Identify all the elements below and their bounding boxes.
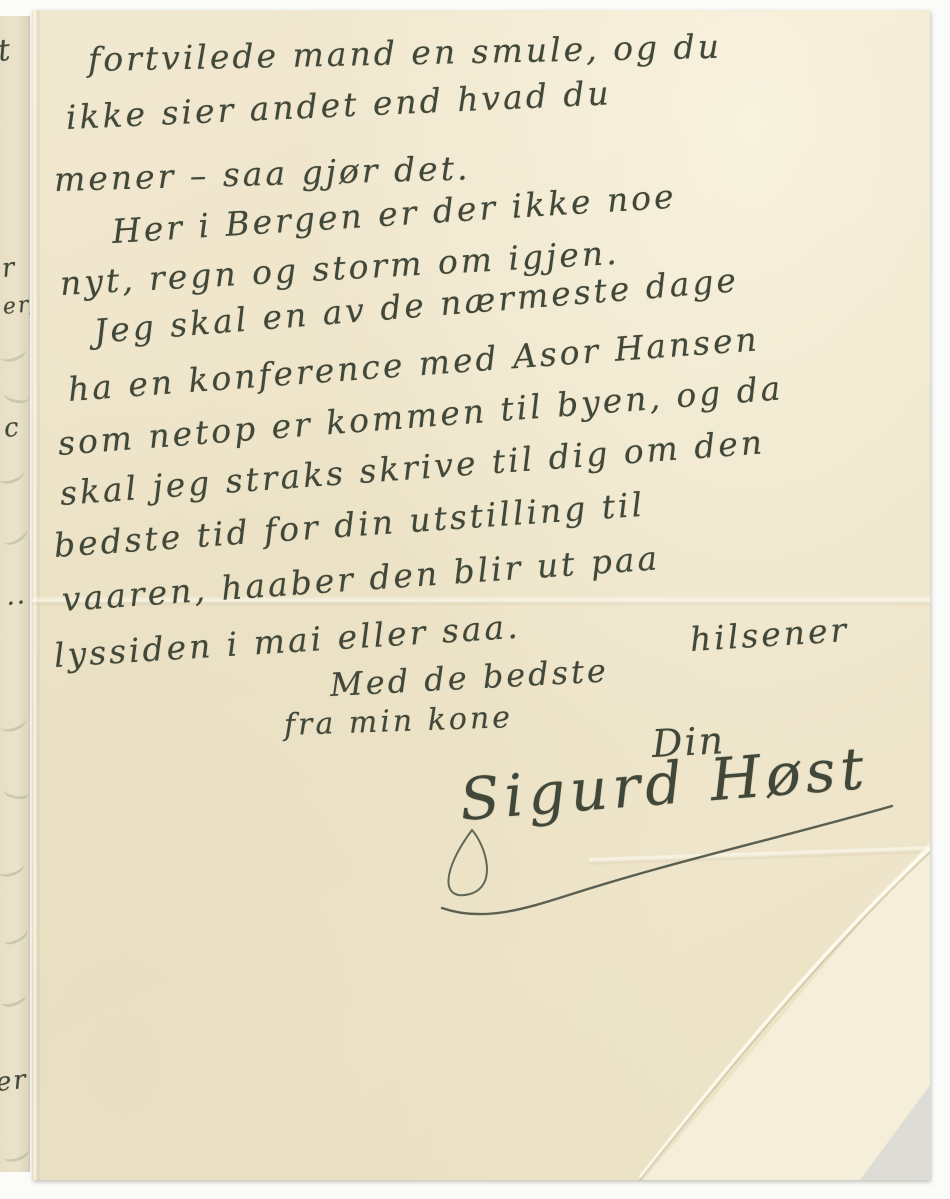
closing-wrap-word: hilsener (689, 610, 851, 659)
margin-fragment: t (0, 33, 14, 69)
margin-fragment: r (0, 253, 17, 284)
scanned-letter-page: t r ier, c .. er fortvilede mand en smul… (0, 0, 950, 1199)
closing-line: Med de bedste (329, 651, 610, 704)
margin-fragment: er (0, 1065, 29, 1098)
margin-fragment: ier, (0, 292, 30, 321)
margin-fragment: .. (4, 580, 28, 612)
handwriting-line: ikke sier andet end hvad du (65, 73, 612, 137)
ghost-ink-mark (0, 712, 28, 734)
adjacent-page-edge: t r ier, c .. er (0, 16, 30, 1172)
ghost-ink-mark (1, 1142, 30, 1164)
letter-paper: fortvilede mand en smule, og du ikke sie… (32, 10, 930, 1180)
closing-line: fra min kone (283, 700, 513, 743)
handwriting-line: fortvilede mand en smule, og du (88, 27, 723, 79)
fold-crease-vertical (34, 10, 41, 1180)
ghost-ink-mark (0, 464, 26, 486)
ghost-ink-mark (0, 857, 26, 879)
ghost-ink-mark (0, 923, 30, 948)
ghost-ink-mark (0, 342, 28, 364)
ghost-ink-mark (3, 782, 30, 800)
ghost-ink-mark (0, 987, 28, 1009)
margin-fragment: c (2, 412, 22, 444)
ghost-ink-mark (0, 523, 30, 549)
ghost-ink-mark (3, 386, 30, 405)
handwriting-line: mener – saa gjør det. (53, 148, 470, 199)
signature-flourish (412, 790, 912, 930)
